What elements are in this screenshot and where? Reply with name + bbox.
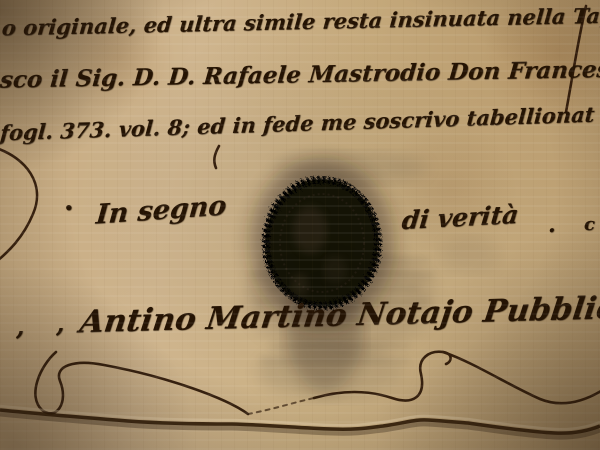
document-page: o originale, ed ultra simile resta insin… xyxy=(0,0,600,450)
pre-signature-mark-1: , xyxy=(16,312,24,341)
paraph-dotted-segment xyxy=(248,398,314,414)
paraph-right-sweep xyxy=(443,352,600,403)
period-mark: . xyxy=(548,212,556,238)
line3-descender xyxy=(214,146,219,168)
paraph-left-loop xyxy=(35,352,248,414)
right-edge-fragment: c xyxy=(584,214,595,235)
bullet-mark: • xyxy=(64,199,74,217)
manuscript-photo: o originale, ed ultra simile resta insin… xyxy=(0,0,600,450)
pre-signature-mark-2: , xyxy=(56,309,64,338)
left-margin-flourish xyxy=(0,148,37,262)
